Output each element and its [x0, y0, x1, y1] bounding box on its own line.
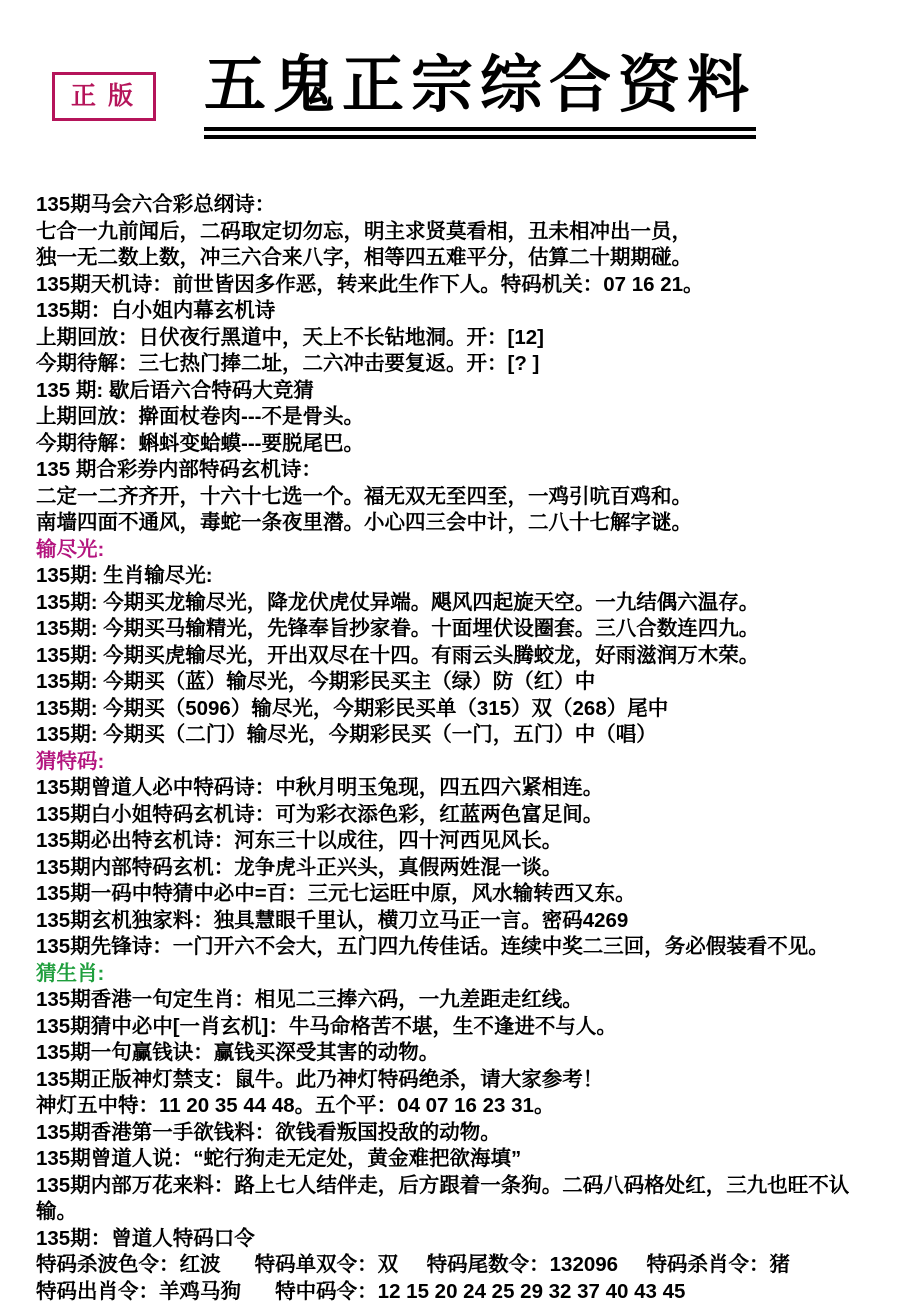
- title-underline-bottom: [204, 135, 756, 139]
- text-line: 上期回放：日伏夜行黑道中，天上不长钻地洞。开：[12]: [36, 325, 872, 352]
- text-line: 135期必出特玄机诗：河东三十以成往，四十河西见风长。: [36, 828, 872, 855]
- page-title: 五鬼正宗综合资料: [204, 52, 756, 120]
- text-line: 135 期合彩券内部特码玄机诗：: [36, 457, 872, 484]
- title-underline-top: [204, 127, 756, 131]
- text-line: 135期一码中特猜中必中=百：三元七运旺中原，风水输转西又东。: [36, 881, 872, 908]
- text-line: 特码出肖令：羊鸡马狗 特中码令：12 15 20 24 25 29 32 37 …: [36, 1279, 872, 1301]
- text-line: 135期内部万花来料：路上七人结伴走，后方跟着一条狗。二码八码格处红，三九也旺不…: [36, 1173, 872, 1226]
- text-line: 135期香港第一手欲钱料：欲钱看叛国投敌的动物。: [36, 1120, 872, 1147]
- section-heading: 猜生肖:: [36, 961, 872, 988]
- text-line: 南墙四面不通风，毒蛇一条夜里潜。小心四三会中计，二八十七解字谜。: [36, 510, 872, 537]
- text-line: 135期: 今期买马输精光，先锋奉旨抄家眷。十面埋伏设圈套。三八合数连四九。: [36, 616, 872, 643]
- text-line: 135期正版神灯禁支：鼠牛。此乃神灯特码绝杀，请大家参考！: [36, 1067, 872, 1094]
- text-line: 135期曾道人必中特码诗：中秋月明玉兔现，四五四六紧相连。: [36, 775, 872, 802]
- text-line: 135期：白小姐内幕玄机诗: [36, 298, 872, 325]
- text-line: 七合一九前闻后，二码取定切勿忘，明主求贤莫看相，丑未相冲出一员，: [36, 219, 872, 246]
- text-line: 二定一二齐齐开，十六十七选一个。福无双无至四至，一鸡引吭百鸡和。: [36, 484, 872, 511]
- title-wrap: 五鬼正宗综合资料: [204, 52, 756, 139]
- text-line: 135期先锋诗：一门开六不会大，五门四九传佳话。连续中奖二三回，务必假装看不见。: [36, 934, 872, 961]
- content-lines: 135期马会六合彩总纲诗：七合一九前闻后，二码取定切勿忘，明主求贤莫看相，丑未相…: [0, 170, 900, 1301]
- text-line: 135期: 今期买龙输尽光，降龙伏虎仗异端。飓风四起旋天空。一九结偶六温存。: [36, 590, 872, 617]
- text-line: 135期曾道人说：“蛇行狗走无定处，黄金难把欲海填”: [36, 1146, 872, 1173]
- text-line: 今期待解：蝌蚪变蛤蟆---要脱尾巴。: [36, 431, 872, 458]
- text-line: 135期内部特码玄机：龙争虎斗正兴头，真假两姓混一谈。: [36, 855, 872, 882]
- page-header: 正版 五鬼正宗综合资料: [0, 0, 900, 170]
- text-line: 135期: 今期买（5096）输尽光，今期彩民买单（315）双（268）尾中: [36, 696, 872, 723]
- text-line: 135期白小姐特码玄机诗：可为彩衣添色彩，红蓝两色富足间。: [36, 802, 872, 829]
- text-line: 135期香港一句定生肖：相见二三捧六码，一九差距走红线。: [36, 987, 872, 1014]
- text-line: 独一无二数上数，冲三六合来八字，相等四五难平分，估算二十期期碰。: [36, 245, 872, 272]
- text-line: 特码杀波色令：红波 特码单双令：双 特码尾数令：132096 特码杀肖令：猪: [36, 1252, 872, 1279]
- text-line: 今期待解：三七热门捧二址，二六冲击要复返。开：[? ]: [36, 351, 872, 378]
- section-heading: 输尽光:: [36, 537, 872, 564]
- text-line: 135期: 今期买（二门）输尽光，今期彩民买（一门，五门）中（唱）: [36, 722, 872, 749]
- text-line: 135期: 生肖输尽光:: [36, 563, 872, 590]
- genuine-edition-badge: 正版: [52, 72, 156, 121]
- text-line: 135期: 今期买虎输尽光，开出双尽在十四。有雨云头腾蛟龙，好雨滋润万木荣。: [36, 643, 872, 670]
- text-line: 上期回放：擀面杖卷肉---不是骨头。: [36, 404, 872, 431]
- text-line: 135期: 今期买（蓝）输尽光，今期彩民买主（绿）防（红）中: [36, 669, 872, 696]
- text-line: 135期猜中必中[一肖玄机]：牛马命格苦不堪，生不逢进不与人。: [36, 1014, 872, 1041]
- section-heading: 猜特码:: [36, 749, 872, 776]
- text-line: 135 期: 歇后语六合特码大竞猜: [36, 378, 872, 405]
- text-line: 神灯五中特：11 20 35 44 48。五个平：04 07 16 23 31。: [36, 1093, 872, 1120]
- text-line: 135期天机诗：前世皆因多作恶，转来此生作下人。特码机关：07 16 21。: [36, 272, 872, 299]
- text-line: 135期：曾道人特码口令: [36, 1226, 872, 1253]
- text-line: 135期马会六合彩总纲诗：: [36, 192, 872, 219]
- text-line: 135期一句赢钱诀：赢钱买深受其害的动物。: [36, 1040, 872, 1067]
- text-line: 135期玄机独家料：独具慧眼千里认，横刀立马正一言。密码4269: [36, 908, 872, 935]
